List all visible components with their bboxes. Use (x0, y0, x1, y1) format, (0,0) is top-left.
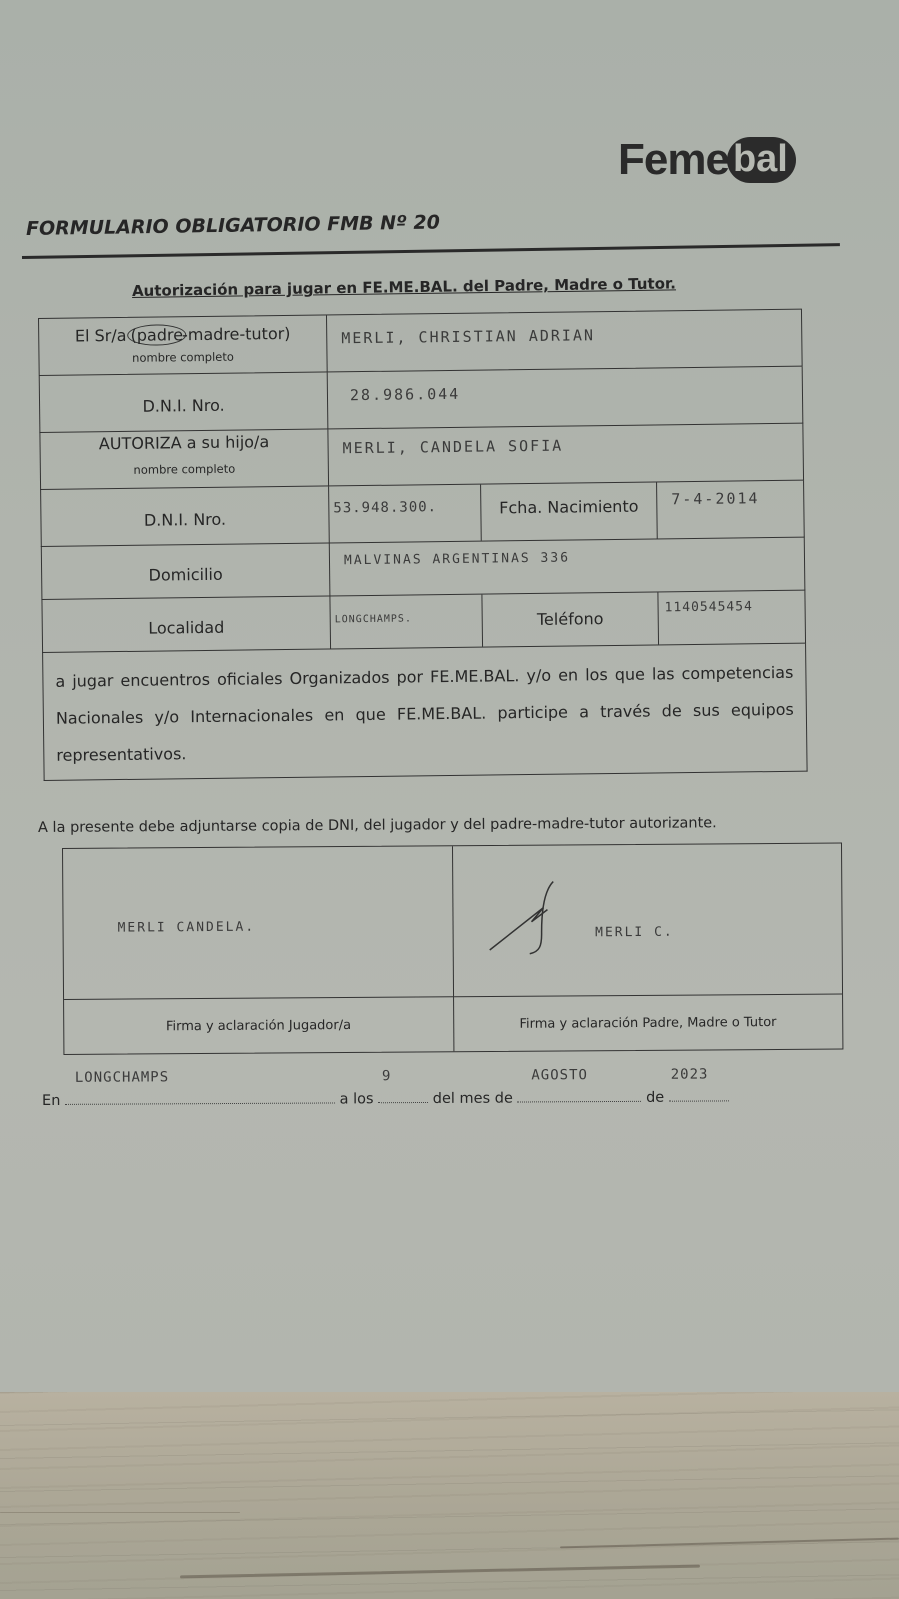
guardian-dni-label: D.N.I. Nro. (40, 372, 329, 432)
address-label: Domicilio (42, 543, 331, 599)
place-value: LONGCHAMPS (75, 1069, 169, 1085)
year-value: 2023 (671, 1067, 709, 1083)
logo-text: Feme (618, 135, 729, 185)
child-dni-label: D.N.I. Nro. (41, 486, 330, 546)
child-name-row: AUTORIZA a su hijo/a nombre completo MER… (39, 424, 804, 490)
locality-row: Localidad LONGCHAMPS. Teléfono 114054545… (41, 591, 806, 653)
logo-badge: bal (727, 137, 796, 183)
wood-grain (560, 1538, 899, 1549)
guardian-name-sublabel: nombre completo (39, 348, 326, 366)
date-prefix: En (42, 1093, 60, 1109)
guardian-dni-row: D.N.I. Nro. 28.986.044 (39, 367, 804, 433)
wood-grain (0, 1512, 240, 1513)
femebal-logo: Femebal (618, 135, 796, 185)
player-signature-column: MERLI CANDELA. Firma y aclaración Jugado… (63, 846, 454, 1054)
wooden-table-background (0, 1392, 899, 1599)
child-name-label: AUTORIZA a su hijo/a nombre completo (40, 429, 329, 489)
place-field[interactable]: LONGCHAMPS (65, 1088, 335, 1104)
month-field[interactable]: AGOSTO (517, 1087, 641, 1103)
guardian-name-label: El Sr/a (padre-madre-tutor) nombre compl… (39, 315, 328, 375)
authorization-heading: Autorización para jugar en FE.ME.BAL. de… (132, 274, 676, 300)
child-name-sublabel: nombre completo (41, 460, 328, 478)
year-field[interactable]: 2023 (669, 1086, 729, 1101)
wood-grain (180, 1565, 700, 1579)
month-value: AGOSTO (531, 1067, 588, 1083)
attachment-note: A la presente debe adjuntarse copia de D… (38, 815, 717, 836)
guardian-dni-field[interactable]: 28.986.044 (328, 367, 803, 429)
title-divider (22, 243, 840, 259)
child-dni-field[interactable]: 53.948.300. (329, 485, 482, 543)
child-name-label-text: AUTORIZA a su hijo/a (99, 432, 270, 453)
phone-label: Teléfono (482, 592, 659, 646)
label-prefix: El Sr/a (75, 326, 132, 346)
year-connector: de (646, 1090, 664, 1106)
player-signature-box[interactable]: MERLI CANDELA. (63, 846, 453, 1000)
child-dni-row: D.N.I. Nro. 53.948.300. Fcha. Nacimiento… (40, 481, 805, 547)
guardian-signature-box[interactable]: MERLI C. (452, 844, 842, 998)
signature-table: MERLI CANDELA. Firma y aclaración Jugado… (62, 843, 843, 1055)
day-value: 9 (382, 1068, 392, 1084)
month-connector: del mes de (433, 1091, 513, 1107)
player-signature: MERLI CANDELA. (104, 920, 256, 936)
statement-row: a jugar encuentros oficiales Organizados… (42, 644, 808, 781)
day-connector: a los (340, 1091, 374, 1107)
guardian-signature-column: MERLI C. Firma y aclaración Padre, Madre… (452, 844, 842, 1052)
player-signature-caption: Firma y aclaración Jugador/a (64, 997, 453, 1054)
guardian-name-row: El Sr/a (padre-madre-tutor) nombre compl… (38, 309, 803, 376)
signature-scribble-icon (483, 873, 594, 964)
form-title: FORMULARIO OBLIGATORIO FMB Nº 20 (26, 212, 440, 240)
guardian-signature-caption: Firma y aclaración Padre, Madre o Tutor (454, 995, 843, 1052)
authorization-statement: a jugar encuentros oficiales Organizados… (43, 644, 806, 780)
document-page: Femebal FORMULARIO OBLIGATORIO FMB Nº 20… (0, 0, 899, 1392)
locality-label: Localidad (42, 596, 331, 652)
locality-field[interactable]: LONGCHAMPS. (330, 595, 483, 649)
birth-date-label: Fcha. Nacimiento (481, 482, 658, 540)
day-field[interactable]: 9 (378, 1088, 428, 1103)
authorization-form-table: El Sr/a (padre-madre-tutor) nombre compl… (38, 309, 808, 781)
phone-field[interactable]: 1140545454 (658, 591, 805, 645)
address-field[interactable]: MALVINAS ARGENTINAS 336 (330, 538, 805, 596)
label-suffix: -madre-tutor) (182, 324, 291, 344)
birth-date-field[interactable]: 7-4-2014 (657, 481, 804, 539)
date-place-line: En LONGCHAMPS a los 9 del mes de AGOSTO … (42, 1086, 802, 1109)
guardian-name-field[interactable]: MERLI, CHRISTIAN ADRIAN (327, 310, 802, 372)
address-row: Domicilio MALVINAS ARGENTINAS 336 (41, 538, 806, 600)
circled-option: (padre (127, 324, 186, 346)
child-name-field[interactable]: MERLI, CANDELA SOFIA (328, 424, 803, 486)
guardian-signature: MERLI C. (581, 925, 674, 941)
